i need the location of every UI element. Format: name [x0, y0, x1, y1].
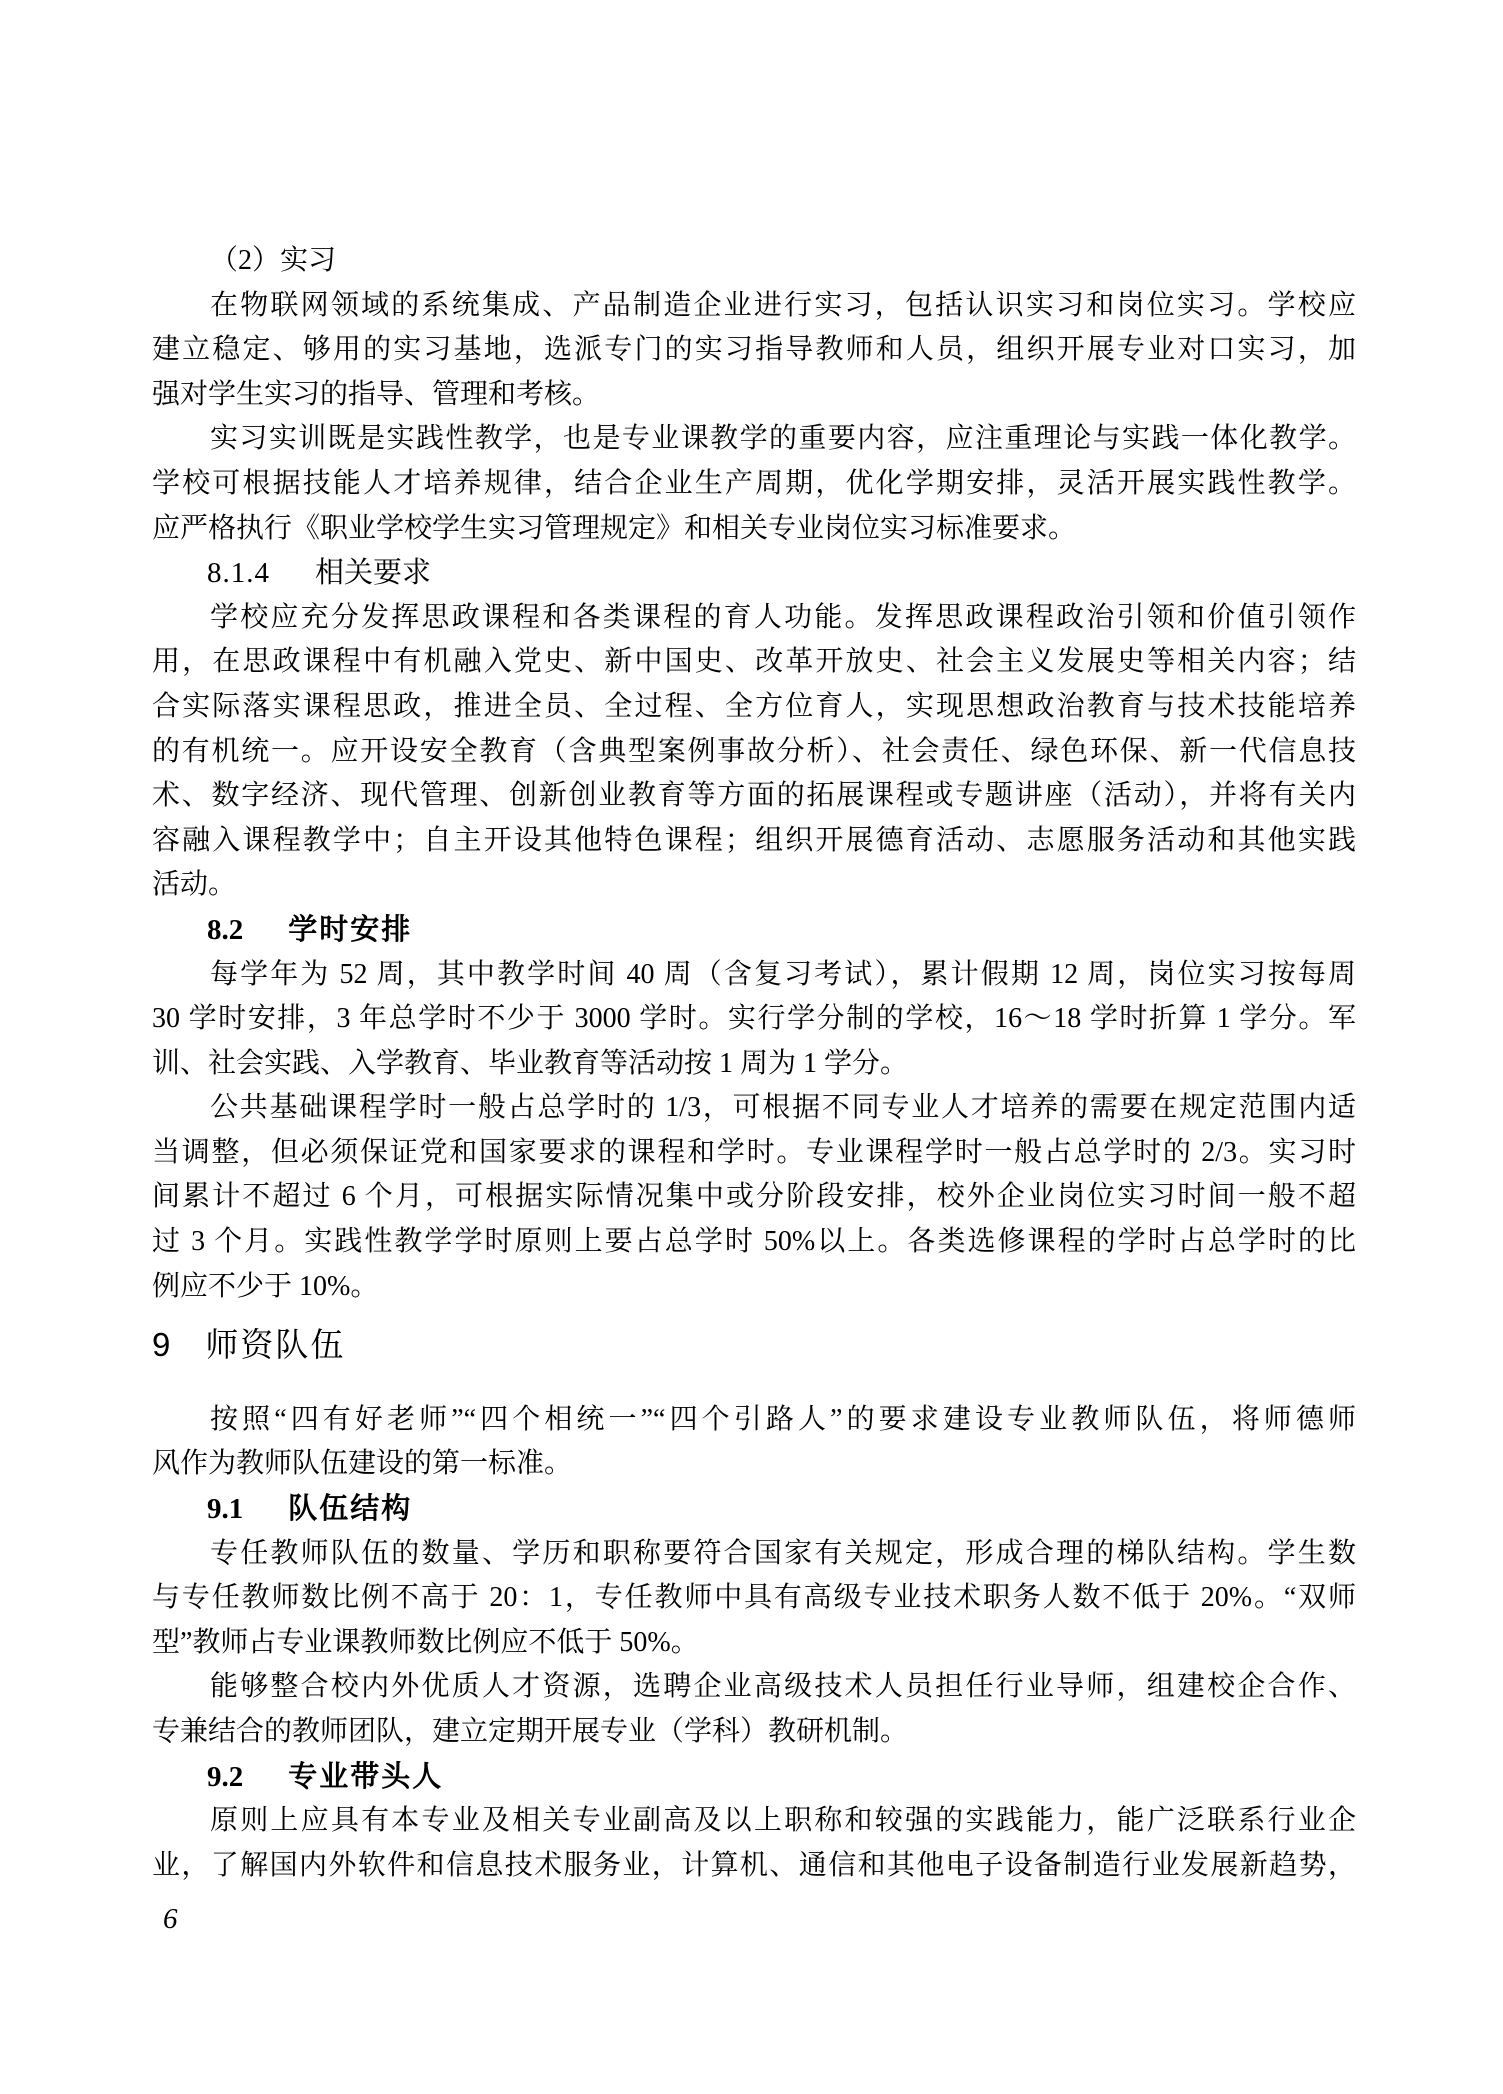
text-line: 术、数字经济、现代管理、创新创业教育等方面的拓展课程或专题讲座（活动），并将有关… [152, 774, 1356, 819]
text-line: 按照“四有好老师”“四个相统一”“四个引路人”的要求建设专业教师队伍，将师德师 [152, 1398, 1356, 1443]
text-line: 训、社会实践、入学教育、毕业教育等活动按 1 周为 1 学分。 [152, 1042, 1356, 1087]
heading-number: 8.2 [207, 914, 243, 946]
text-line: 与专任教师数比例不高于 20：1，专任教师中具有高级专业技术职务人数不低于 20… [152, 1576, 1356, 1621]
text-line: 实习实训既是实践性教学，也是专业课教学的重要内容，应注重理论与实践一体化教学。 [152, 417, 1356, 462]
heading-title: 队伍结构 [288, 1493, 412, 1525]
document-page: （2）实习在物联网领域的系统集成、产品制造企业进行实习，包括认识实习和岗位实习。… [0, 0, 1503, 2094]
text-line: 学校可根据技能人才培养规律，结合企业生产周期，优化学期安排，灵活开展实践性教学。 [152, 462, 1356, 507]
heading-section-9: 9师资队伍 [152, 1323, 1356, 1368]
heading-title: 相关要求 [315, 557, 431, 589]
text-line: 合实际落实课程思政，推进全员、全过程、全方位育人，实现思想政治教育与技术技能培养 [152, 685, 1356, 730]
text-line: 型”教师占专业课教师数比例应不低于 50%。 [152, 1621, 1356, 1666]
text-line: 在物联网领域的系统集成、产品制造企业进行实习，包括认识实习和岗位实习。学校应 [152, 284, 1356, 329]
heading-bold-9-1: 9.1队伍结构 [152, 1487, 1356, 1532]
text-line: 能够整合校内外优质人才资源，选聘企业高级技术人员担任行业导师，组建校企合作、 [152, 1665, 1356, 1710]
text-line: 当调整，但必须保证党和国家要求的课程和学时。专业课程学时一般占总学时的 2/3。… [152, 1131, 1356, 1176]
text-line: 容融入课程教学中；自主开设其他特色课程；组织开展德育活动、志愿服务活动和其他实践 [152, 819, 1356, 864]
heading-number: 9.1 [207, 1493, 243, 1525]
text-line: 例应不少于 10%。 [152, 1265, 1356, 1310]
heading-bold-8-2: 8.2学时安排 [152, 908, 1356, 953]
text-line: 强对学生实习的指导、管理和考核。 [152, 373, 1356, 418]
text-line: 的有机统一。应开设安全教育（含典型案例事故分析）、社会责任、绿色环保、新一代信息… [152, 730, 1356, 775]
heading-number: 9 [152, 1326, 170, 1363]
text-line: 公共基础课程学时一般占总学时的 1/3，可根据不同专业人才培养的需要在规定范围内… [152, 1086, 1356, 1131]
text-line: 原则上应具有本专业及相关专业副高及以上职称和较强的实践能力，能广泛联系行业企 [152, 1799, 1356, 1844]
heading-title: 专业带头人 [288, 1761, 443, 1793]
text-line: 风作为教师队伍建设的第一标准。 [152, 1442, 1356, 1487]
text-line: 应严格执行《职业学校学生实习管理规定》和相关专业岗位实习标准要求。 [152, 507, 1356, 552]
text-line: 过 3 个月。实践性教学学时原则上要占总学时 50%以上。各类选修课程的学时占总… [152, 1220, 1356, 1265]
text-line: 学校应充分发挥思政课程和各类课程的育人功能。发挥思政课程政治引领和价值引领作 [152, 596, 1356, 641]
text-line: 30 学时安排，3 年总学时不少于 3000 学时。实行学分制的学校，16～18… [152, 997, 1356, 1042]
text-line: 专兼结合的教师团队，建立定期开展专业（学科）教研机制。 [152, 1710, 1356, 1755]
text-line: 活动。 [152, 863, 1356, 908]
heading-number: 8.1.4 [207, 557, 270, 589]
heading-title: 学时安排 [288, 914, 412, 946]
heading-bold-9-2: 9.2专业带头人 [152, 1755, 1356, 1800]
text-line: 建立稳定、够用的实习基地，选派专门的实习指导教师和人员，组织开展专业对口实习，加 [152, 328, 1356, 373]
page-number: 6 [163, 1897, 178, 1942]
heading-kai-8-1-4: 8.1.4相关要求 [152, 551, 1356, 596]
text-line: （2）实习 [152, 239, 1356, 284]
text-line: 用，在思政课程中有机融入党史、新中国史、改革开放史、社会主义发展史等相关内容；结 [152, 640, 1356, 685]
text-line: 每学年为 52 周，其中教学时间 40 周（含复习考试），累计假期 12 周，岗… [152, 953, 1356, 998]
document-body: （2）实习在物联网领域的系统集成、产品制造企业进行实习，包括认识实习和岗位实习。… [152, 239, 1356, 1888]
text-line: 间累计不超过 6 个月，可根据实际情况集中或分阶段安排，校外企业岗位实习时间一般… [152, 1175, 1356, 1220]
text-line: 业，了解国内外软件和信息技术服务业，计算机、通信和其他电子设备制造行业发展新趋势… [152, 1844, 1356, 1889]
heading-number: 9.2 [207, 1761, 243, 1793]
text-line: 专任教师队伍的数量、学历和职称要符合国家有关规定，形成合理的梯队结构。学生数 [152, 1532, 1356, 1577]
heading-title: 师资队伍 [205, 1326, 345, 1363]
